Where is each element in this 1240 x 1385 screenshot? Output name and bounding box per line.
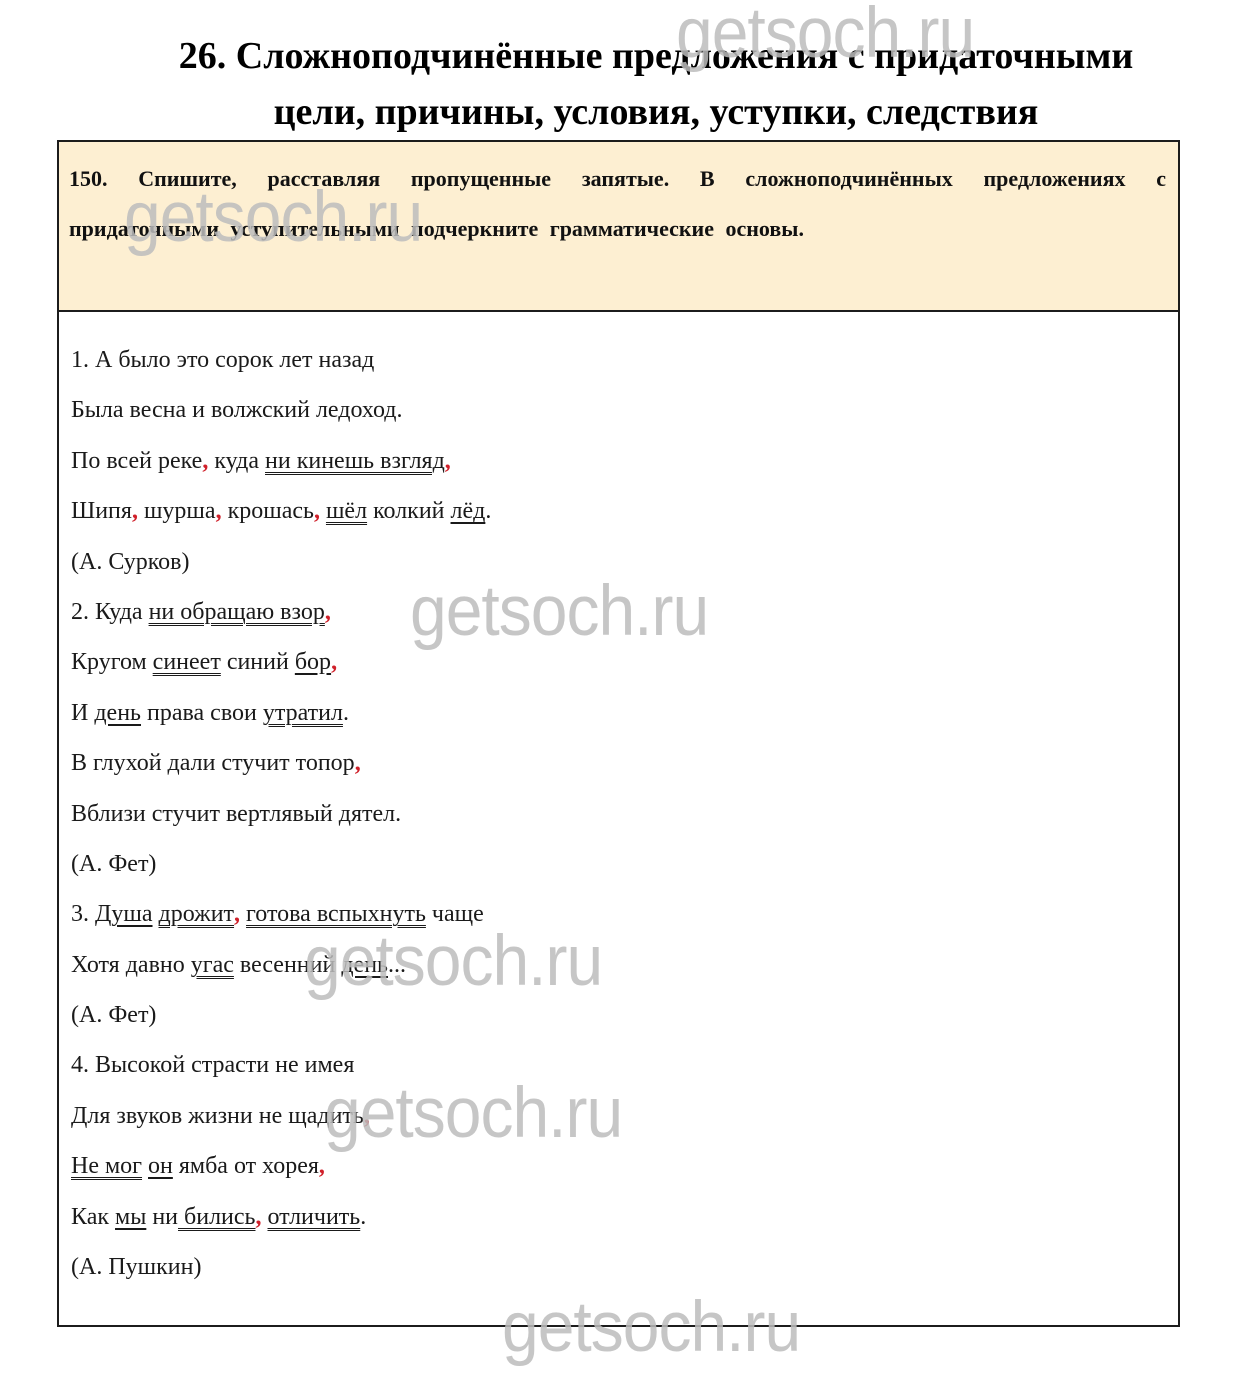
text-segment: колкий [367, 498, 450, 524]
text-segment: синий [221, 649, 295, 675]
exercise-box: 150. Спишите, расставляя пропущенные зап… [57, 140, 1180, 1327]
poem-line: И день права свои утратил. [71, 688, 1178, 738]
predicate-underline: угас [191, 952, 234, 978]
poem-line: Хотя давно угас весенний день... [71, 940, 1178, 990]
subject-underline: Душа [95, 901, 153, 927]
poem-line: По всей реке, куда ни кинешь взгляд, [71, 436, 1178, 486]
predicate-underline: ни кинешь взгляд [265, 448, 445, 474]
subject-underline: лёд [451, 498, 486, 524]
predicate-underline: бились [178, 1204, 255, 1230]
inserted-comma: , [325, 599, 331, 625]
text-segment: (А. Фет) [71, 1002, 156, 1028]
subject-underline: день [94, 700, 141, 726]
text-segment: 2. Куда [71, 599, 149, 625]
poem-line: Как мы ни бились, отличить. [71, 1192, 1178, 1242]
poem-line: (А. Фет) [71, 990, 1178, 1040]
predicate-underline: шёл [326, 498, 367, 524]
predicate-underline: дрожит [159, 901, 235, 927]
text-segment: Кругом [71, 649, 153, 675]
poem-line: (А. Фет) [71, 839, 1178, 889]
predicate-underline: синеет [153, 649, 221, 675]
inserted-comma: , [319, 1153, 325, 1179]
title-line-1: 26. Сложноподчинённые предложения с прид… [0, 28, 1240, 84]
text-segment: крошась [222, 498, 314, 524]
poem-line: Кругом синеет синий бор, [71, 637, 1178, 687]
text-segment: ... [388, 952, 406, 978]
text-segment: . [485, 498, 491, 524]
text-segment: шурша [138, 498, 216, 524]
text-segment: . [360, 1204, 366, 1230]
task-instructions: 150. Спишите, расставляя пропущенные зап… [59, 142, 1178, 312]
text-segment: По всей реке [71, 448, 202, 474]
text-segment: В глухой дали стучит топор [71, 750, 355, 776]
text-segment: ни [146, 1204, 178, 1230]
text-segment: Вблизи стучит вертлявый дятел. [71, 801, 401, 827]
poem-line: 3. Душа дрожит, готова вспыхнуть чаще [71, 889, 1178, 939]
text-segment: (А. Фет) [71, 851, 156, 877]
text-segment: (А. Сурков) [71, 549, 190, 575]
subject-underline: он [148, 1153, 173, 1179]
poem-line: Для звуков жизни не щадить, [71, 1091, 1178, 1141]
predicate-underline: ни обращаю взор [149, 599, 325, 625]
poem-line: (А. Сурков) [71, 537, 1178, 587]
text-segment: куда [208, 448, 265, 474]
text-segment: . [343, 700, 349, 726]
text-segment: ямба от хорея [173, 1153, 319, 1179]
poem-line: Была весна и волжский ледоход. [71, 385, 1178, 435]
subject-underline: день [341, 952, 388, 978]
inserted-comma: , [331, 649, 337, 675]
text-segment: Хотя давно [71, 952, 191, 978]
text-segment: Была весна и волжский ледоход. [71, 397, 402, 423]
text-segment: (А. Пушкин) [71, 1254, 201, 1280]
text-segment: Как [71, 1204, 115, 1230]
text-segment: права свои [141, 700, 263, 726]
text-segment: Шипя [71, 498, 132, 524]
subject-underline: мы [115, 1204, 146, 1230]
poem-line: Вблизи стучит вертлявый дятел. [71, 789, 1178, 839]
answer-text: 1. А было это сорок лет назадБыла весна … [59, 312, 1178, 1292]
poem-line: 2. Куда ни обращаю взор, [71, 587, 1178, 637]
text-segment: Для звуков жизни не щадить [71, 1103, 364, 1129]
poem-line: В глухой дали стучит топор, [71, 738, 1178, 788]
poem-line: Шипя, шурша, крошась, шёл колкий лёд. [71, 486, 1178, 536]
poem-line: (А. Пушкин) [71, 1242, 1178, 1292]
poem-line: Не мог он ямба от хорея, [71, 1141, 1178, 1191]
predicate-underline: утратил [263, 700, 343, 726]
text-segment: И [71, 700, 94, 726]
poem-line: 1. А было это сорок лет назад [71, 335, 1178, 385]
inserted-comma: , [445, 448, 451, 474]
text-segment: 4. Высокой страсти не имея [71, 1052, 354, 1078]
inserted-comma: , [355, 750, 361, 776]
text-segment: 1. А было это сорок лет назад [71, 347, 374, 373]
text-segment: весенний [234, 952, 341, 978]
text-segment: 3. [71, 901, 95, 927]
predicate-underline: готова вспыхнуть [246, 901, 426, 927]
text-segment: чаще [426, 901, 484, 927]
predicate-underline: Не мог [71, 1153, 142, 1179]
subject-underline: бор [295, 649, 331, 675]
page-title: 26. Сложноподчинённые предложения с прид… [0, 28, 1240, 140]
predicate-underline: отличить [268, 1204, 361, 1230]
poem-line: 4. Высокой страсти не имея [71, 1040, 1178, 1090]
title-line-2: цели, причины, условия, уступки, следств… [0, 84, 1240, 140]
inserted-comma: , [364, 1103, 370, 1129]
